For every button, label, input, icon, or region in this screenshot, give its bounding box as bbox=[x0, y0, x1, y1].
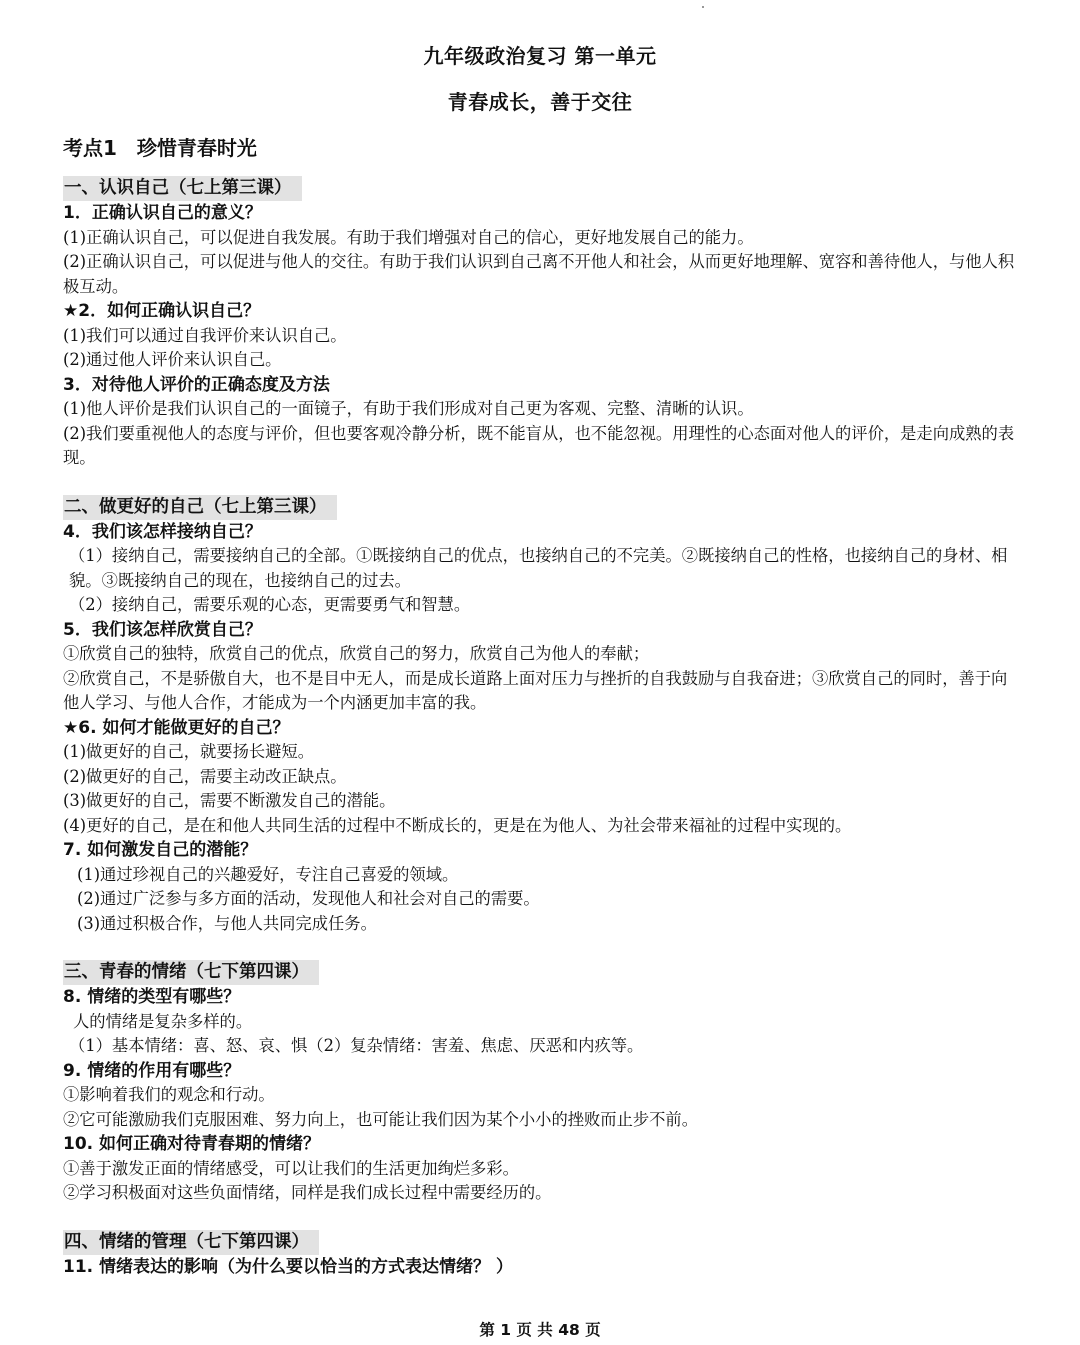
question-title: 11. 情绪表达的影响（为什么要以恰当的方式表达情绪？ ） bbox=[63, 1255, 1023, 1280]
answer-line: (1)我们可以通过自我评价来认识自己。 bbox=[63, 324, 1023, 349]
answer-line: ②它可能激励我们克服困难、努力向上，也可能让我们因为某个小小的挫败而止步不前。 bbox=[63, 1108, 1023, 1133]
answer-line: （2）接纳自己，需要乐观的心态，更需要勇气和智慧。 bbox=[63, 593, 1023, 618]
answer-line: (4)更好的自己，是在和他人共同生活的过程中不断成长的，更是在为他人、为社会带来… bbox=[63, 814, 1023, 839]
answer-line: (2)正确认识自己，可以促进与他人的交往。有助于我们认识到自己离不开他人和社会，… bbox=[63, 250, 1023, 299]
section-3: 三、青春的情绪（七下第四课） 8. 情绪的类型有哪些？ 人的情绪是复杂多样的。 … bbox=[63, 960, 1023, 1206]
page-number: 第 1 页 共 48 页 bbox=[0, 1318, 1080, 1340]
spacer bbox=[63, 471, 1023, 495]
section-1: 一、认识自己（七上第三课） 1．正确认识自己的意义？ (1)正确认识自己，可以促… bbox=[63, 176, 1023, 471]
spacer bbox=[63, 936, 1023, 960]
question-title: 5．我们该怎样欣赏自己？ bbox=[63, 618, 1023, 643]
answer-line: (1)通过珍视自己的兴趣爱好，专注自己喜爱的领域。 bbox=[63, 863, 1023, 888]
question-title: ★6. 如何才能做更好的自己？ bbox=[63, 716, 1023, 741]
section-2: 二、做更好的自己（七上第三课） 4．我们该怎样接纳自己？ （1）接纳自己，需要接… bbox=[63, 495, 1023, 937]
document-title: 九年级政治复习 第一单元 bbox=[0, 40, 1080, 69]
answer-line: (3)做更好的自己，需要不断激发自己的潜能。 bbox=[63, 789, 1023, 814]
spacer bbox=[63, 1206, 1023, 1230]
section-heading: 一、认识自己（七上第三课） bbox=[63, 176, 302, 201]
answer-line: (2)通过他人评价来认识自己。 bbox=[63, 348, 1023, 373]
answer-line: (1)做更好的自己，就要扬长避短。 bbox=[63, 740, 1023, 765]
answer-line: ①欣赏自己的独特，欣赏自己的优点，欣赏自己的努力，欣赏自己为他人的奉献； bbox=[63, 642, 1023, 667]
document-body: 一、认识自己（七上第三课） 1．正确认识自己的意义？ (1)正确认识自己，可以促… bbox=[63, 176, 1023, 1279]
answer-line: (2)我们要重视他人的态度与评价，但也要客观冷静分析，既不能盲从，也不能忽视。用… bbox=[63, 422, 1023, 471]
answer-line: （1）接纳自己，需要接纳自己的全部。①既接纳自己的优点，也接纳自己的不完美。②既… bbox=[63, 544, 1023, 593]
question-title: 3．对待他人评价的正确态度及方法 bbox=[63, 373, 1023, 398]
answer-line: ①影响着我们的观念和行动。 bbox=[63, 1083, 1023, 1108]
question-title: 1．正确认识自己的意义？ bbox=[63, 201, 1023, 226]
answer-line: (2)做更好的自己，需要主动改正缺点。 bbox=[63, 765, 1023, 790]
answer-line: (3)通过积极合作，与他人共同完成任务。 bbox=[63, 912, 1023, 937]
answer-line: 人的情绪是复杂多样的。 bbox=[63, 1010, 1023, 1035]
answer-line: ②欣赏自己，不是骄傲自大，也不是目中无人，而是成长道路上面对压力与挫折的自我鼓励… bbox=[63, 667, 1023, 716]
section-heading: 四、情绪的管理（七下第四课） bbox=[63, 1230, 319, 1255]
question-title: ★2．如何正确认识自己？ bbox=[63, 299, 1023, 324]
question-title: 4．我们该怎样接纳自己？ bbox=[63, 520, 1023, 545]
answer-line: (1)他人评价是我们认识自己的一面镜子，有助于我们形成对自己更为客观、完整、清晰… bbox=[63, 397, 1023, 422]
answer-line: ①善于激发正面的情绪感受，可以让我们的生活更加绚烂多彩。 bbox=[63, 1157, 1023, 1182]
question-title: 9. 情绪的作用有哪些？ bbox=[63, 1059, 1023, 1084]
answer-line: (2)通过广泛参与多方面的活动，发现他人和社会对自己的需要。 bbox=[63, 887, 1023, 912]
kaodian-heading: 考点1 珍惜青春时光 bbox=[63, 132, 257, 161]
answer-line: ②学习积极面对这些负面情绪，同样是我们成长过程中需要经历的。 bbox=[63, 1181, 1023, 1206]
question-title: 8. 情绪的类型有哪些？ bbox=[63, 985, 1023, 1010]
question-title: 10. 如何正确对待青春期的情绪？ bbox=[63, 1132, 1023, 1157]
section-4: 四、情绪的管理（七下第四课） 11. 情绪表达的影响（为什么要以恰当的方式表达情… bbox=[63, 1230, 1023, 1280]
section-heading: 二、做更好的自己（七上第三课） bbox=[63, 495, 337, 520]
scan-speck bbox=[702, 6, 704, 8]
question-title: 7. 如何激发自己的潜能？ bbox=[63, 838, 1023, 863]
document-subtitle: 青春成长，善于交往 bbox=[0, 86, 1080, 115]
section-heading: 三、青春的情绪（七下第四课） bbox=[63, 960, 319, 985]
answer-line: (1)正确认识自己，可以促进自我发展。有助于我们增强对自己的信心，更好地发展自己… bbox=[63, 226, 1023, 251]
answer-line: （1）基本情绪：喜、怒、哀、惧（2）复杂情绪：害羞、焦虑、厌恶和内疚等。 bbox=[63, 1034, 1023, 1059]
